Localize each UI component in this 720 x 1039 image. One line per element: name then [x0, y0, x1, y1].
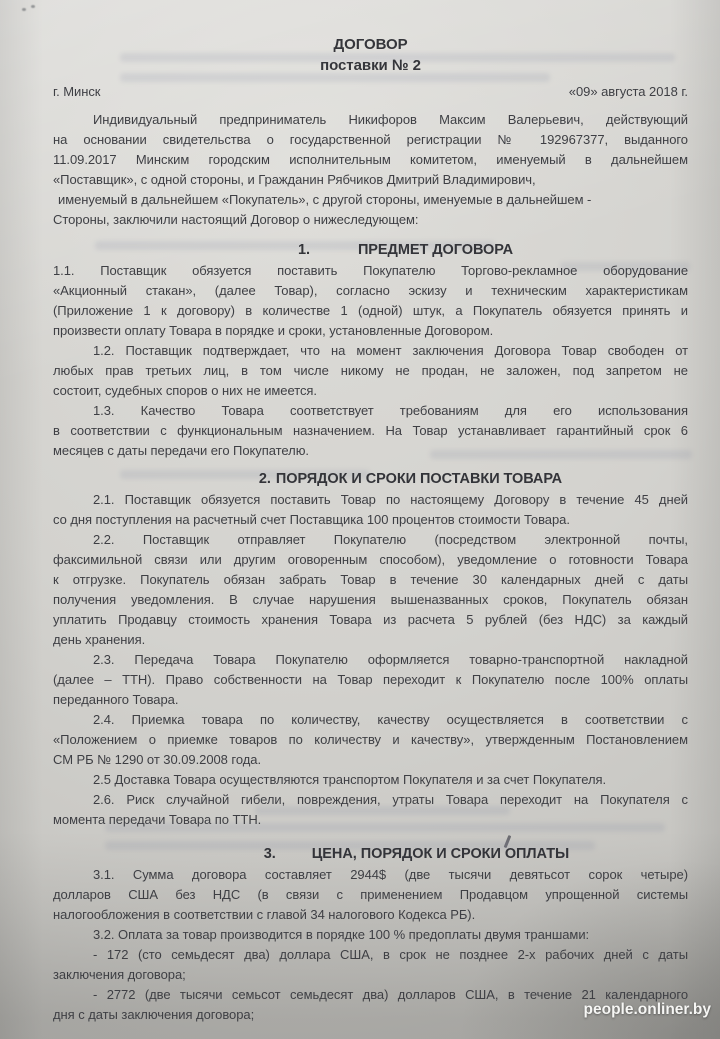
clause-line: 2.5 Доставка Товара осуществляются транс… [53, 770, 688, 790]
clause-line: уплатить Продавцу стоимость хранения Тов… [53, 610, 688, 630]
document-title-block: ДОГОВОР поставки № 2 [53, 34, 688, 76]
clause-line: 2.3. Передача Товара Покупателю оформляе… [53, 650, 688, 670]
clause-line: переданного Товара. [53, 690, 688, 710]
document-photo: ДОГОВОР поставки № 2 г. Минск «09» авгус… [0, 0, 720, 1039]
clause-line: заключения договора; [53, 965, 688, 985]
clause-3-2: 3.2. Оплата за товар производится в поря… [53, 925, 688, 945]
section-title: ПРЕДМЕТ ДОГОВОРА [358, 242, 513, 258]
preamble: Индивидуальный предприниматель Никифоров… [53, 110, 688, 230]
clause-1-1: 1.1. Поставщик обязуется поставить Покуп… [53, 261, 688, 341]
preamble-line: именуемый в дальнейшем «Покупатель», с д… [53, 190, 688, 210]
section-number: 1. [298, 242, 310, 258]
clause-line: факсимильной связи или другим оговоренны… [53, 550, 688, 570]
clause-3-1: 3.1. Сумма договора составляет 2944$ (дв… [53, 865, 688, 925]
clause-line: любых прав третьих лиц, в том числе нико… [53, 361, 688, 381]
preamble-line: Индивидуальный предприниматель Никифоров… [53, 110, 688, 130]
clause-line: 1.2. Поставщик подтверждает, что на моме… [53, 341, 688, 361]
clause-line: 1.1. Поставщик обязуется поставить Покуп… [53, 261, 688, 281]
clause-2-6: 2.6. Риск случайной гибели, повреждения,… [53, 790, 688, 830]
clause-line: месяцев с даты передачи его Покупателю. [53, 441, 688, 461]
preamble-line: «Поставщик», с одной стороны, и Граждани… [53, 170, 688, 190]
clause-line: состоит, судебных споров о них не имеетс… [53, 381, 688, 401]
clause-line: со дня поступления на расчетный счет Пос… [53, 510, 688, 530]
watermark: people.onliner.by [584, 1001, 711, 1019]
clause-line: «Положением о приемке товаров по количес… [53, 730, 688, 750]
section-title: ПОРЯДОК И СРОКИ ПОСТАВКИ ТОВАРА [276, 471, 562, 487]
document-title: ДОГОВОР [53, 34, 688, 55]
city-label: г. Минск [53, 82, 100, 102]
document-subtitle: поставки № 2 [53, 55, 688, 76]
clause-line: произвести оплату Товара в порядке и сро… [53, 321, 688, 341]
clause-line: СМ РБ № 1290 от 30.09.2008 года. [53, 750, 688, 770]
clause-line: получения уведомления. В случае нарушени… [53, 590, 688, 610]
preamble-line: на основании свидетельства о государстве… [53, 130, 688, 150]
clause-line: 2.2. Поставщик отправляет Покупателю (по… [53, 530, 688, 550]
section-number: 2. [259, 471, 271, 487]
clause-line: в соответствии с функциональным назначен… [53, 421, 688, 441]
clause-1-2: 1.2. Поставщик подтверждает, что на моме… [53, 341, 688, 401]
clause-line: 1.3. Качество Товара соответствует требо… [53, 401, 688, 421]
section-heading-3: 3.ЦЕНА, ПОРЯДОК И СРОКИ ОПЛАТЫ [53, 844, 688, 865]
clause-line: 3.1. Сумма договора составляет 2944$ (дв… [53, 865, 688, 885]
clause-2-5: 2.5 Доставка Товара осуществляются транс… [53, 770, 688, 790]
clause-2-2: 2.2. Поставщик отправляет Покупателю (по… [53, 530, 688, 650]
clause-line: момента передачи Товара по ТТН. [53, 810, 688, 830]
clause-line: к отгрузке. Покупатель обязан забрать То… [53, 570, 688, 590]
clause-2-1: 2.1. Поставщик обязуется поставить Товар… [53, 490, 688, 530]
clause-2-4: 2.4. Приемка товара по количеству, качес… [53, 710, 688, 770]
section-heading-2: 2.ПОРЯДОК И СРОКИ ПОСТАВКИ ТОВАРА [53, 469, 688, 490]
clause-line: 3.2. Оплата за товар производится в поря… [53, 925, 688, 945]
clause-line: 2.4. Приемка товара по количеству, качес… [53, 710, 688, 730]
section-number: 3. [264, 846, 276, 862]
city-date-row: г. Минск «09» августа 2018 г. [53, 82, 688, 102]
clause-line: (далее – ТТН). Право собственности на То… [53, 670, 688, 690]
clause-3-2-tranche-1: - 172 (сто семьдесят два) доллара США, в… [53, 945, 688, 985]
clause-line: - 172 (сто семьдесят два) доллара США, в… [53, 945, 688, 965]
preamble-line: Стороны, заключили настоящий Договор о н… [53, 210, 688, 230]
clause-1-3: 1.3. Качество Товара соответствует требо… [53, 401, 688, 461]
clause-2-3: 2.3. Передача Товара Покупателю оформляе… [53, 650, 688, 710]
contract-page: ДОГОВОР поставки № 2 г. Минск «09» авгус… [0, 0, 720, 1025]
clause-line: 2.1. Поставщик обязуется поставить Товар… [53, 490, 688, 510]
clause-line: «Акционный стакан», (далее Товар), согла… [53, 281, 688, 301]
clause-line: (Приложение 1 к договору) в количестве 1… [53, 301, 688, 321]
date-label: «09» августа 2018 г. [569, 82, 688, 102]
clause-line: 2.6. Риск случайной гибели, повреждения,… [53, 790, 688, 810]
section-heading-1: 1.ПРЕДМЕТ ДОГОВОРА [53, 240, 688, 261]
preamble-line: 11.09.2017 Минским городским исполнитель… [53, 150, 688, 170]
section-title: ЦЕНА, ПОРЯДОК И СРОКИ ОПЛАТЫ [312, 846, 569, 862]
clause-line: налогообложения в соответствии с главой … [53, 905, 688, 925]
clause-line: долларов США без НДС (в связи с применен… [53, 885, 688, 905]
clause-line: день хранения. [53, 630, 688, 650]
